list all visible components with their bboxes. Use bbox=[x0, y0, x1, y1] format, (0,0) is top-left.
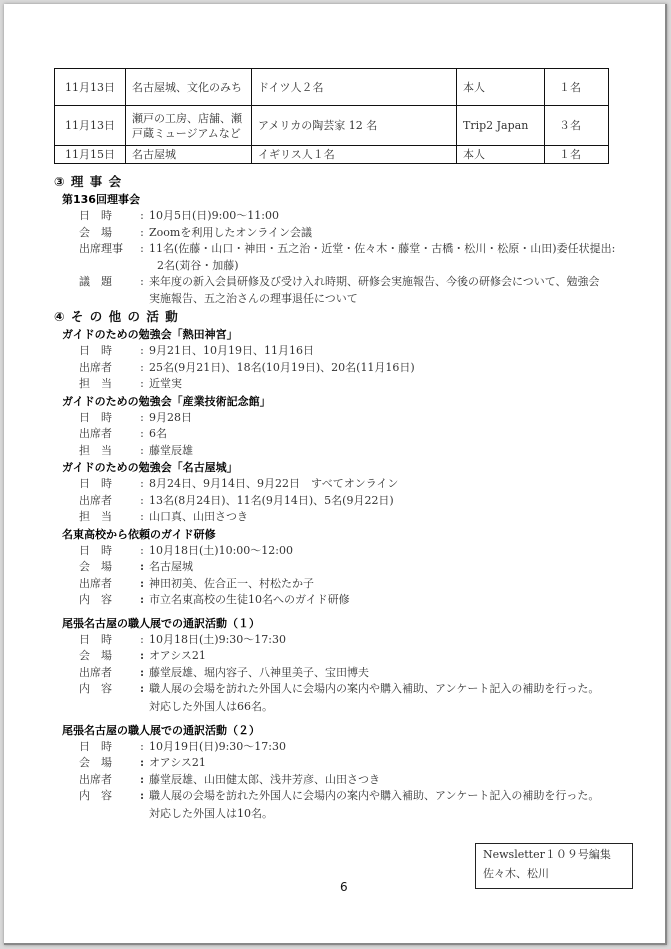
detail-value: 10月18日(土)9:30～17:30 bbox=[149, 632, 634, 649]
detail-label: 出席者 bbox=[79, 426, 135, 443]
detail-label: 日 時 bbox=[79, 543, 135, 560]
cell-date: 11月15日 bbox=[55, 146, 126, 164]
activity-title: 尾張名古屋の職人展での通訳活動（１） bbox=[54, 615, 634, 632]
detail-value: 13名(8月24日)、11名(9月14日)、5名(9月22日) bbox=[149, 493, 634, 510]
detail-value: 市立名東高校の生徒10名へのガイド研修 bbox=[149, 592, 634, 609]
detail-label: 担 当 bbox=[79, 376, 135, 393]
editor-credit-box: Newsletter１０９号編集 佐々木、松川 bbox=[475, 843, 633, 889]
detail-value: オアシス21 bbox=[149, 648, 634, 665]
detail-label: 会 場 bbox=[79, 559, 135, 576]
detail-row: 議 題 : 来年度の新入会員研修及び受け入れ時期、研修会実施報告、今後の研修会に… bbox=[54, 274, 634, 291]
detail-value: 25名(9月21日)、18名(10月19日)、20名(11月16日) bbox=[149, 360, 634, 377]
detail-label: 日 時 bbox=[79, 739, 135, 756]
detail-label: 出席者 bbox=[79, 665, 135, 682]
detail-label: 内 容 bbox=[79, 681, 135, 698]
detail-value: 藤堂辰雄、堀内容子、八神里美子、宝田博夫 bbox=[149, 665, 634, 682]
cell-guests: イギリス人１名 bbox=[252, 146, 457, 164]
detail-row: 出席者:13名(8月24日)、11名(9月14日)、5名(9月22日) bbox=[54, 493, 634, 510]
detail-value: 職人展の会場を訪れた外国人に会場内の案内や購入補助、アンケート記入の補助を行った… bbox=[149, 788, 634, 805]
detail-row: 会 場:オアシス21 bbox=[54, 648, 634, 665]
cell-place: 名古屋城、文化のみち bbox=[126, 69, 252, 106]
table-row: 11月13日 瀬戸の工房、店舗、瀬戸蔵ミュージアムなど アメリカの陶芸家 12 … bbox=[55, 106, 609, 146]
detail-row: 出席者:神田初美、佐合正一、村松たか子 bbox=[54, 576, 634, 593]
detail-row: 日 時:9月21日、10月19日、11月16日 bbox=[54, 343, 634, 360]
detail-row: 日 時:10月18日(土)9:30～17:30 bbox=[54, 632, 634, 649]
detail-row: 日 時:10月18日(土)10:00～12:00 bbox=[54, 543, 634, 560]
detail-value: 来年度の新入会員研修及び受け入れ時期、研修会実施報告、今後の研修会について、勉強… bbox=[149, 274, 634, 291]
detail-label: 内 容 bbox=[79, 788, 135, 805]
detail-label: 担 当 bbox=[79, 443, 135, 460]
detail-value: 山口真、山田さつき bbox=[149, 509, 634, 526]
detail-row: 内 容:市立名東高校の生徒10名へのガイド研修 bbox=[54, 592, 634, 609]
detail-value: 藤堂辰雄、山田健太郎、浅井芳彦、山田さつき bbox=[149, 772, 634, 789]
detail-continuation: 対応した外国人は66名。 bbox=[54, 698, 634, 716]
editor-issue-line: Newsletter１０９号編集 bbox=[483, 845, 632, 864]
detail-label: 日 時 bbox=[79, 410, 135, 427]
detail-value: 10月19日(日)9:30～17:30 bbox=[149, 739, 634, 756]
detail-label: 出席者 bbox=[79, 772, 135, 789]
detail-value: Zoomを利用したオンライン会議 bbox=[149, 225, 634, 242]
detail-continuation: 実施報告、五之治さんの理事退任について bbox=[54, 291, 634, 308]
detail-row: 出席者:藤堂辰雄、山田健太郎、浅井芳彦、山田さつき bbox=[54, 772, 634, 789]
table-row: 11月13日 名古屋城、文化のみち ドイツ人２名 本人 １名 bbox=[55, 69, 609, 106]
guide-activity-table: 11月13日 名古屋城、文化のみち ドイツ人２名 本人 １名 11月13日 瀬戸… bbox=[54, 68, 609, 164]
detail-row: 出席者:25名(9月21日)、18名(10月19日)、20名(11月16日) bbox=[54, 360, 634, 377]
detail-label: 議 題 bbox=[79, 274, 135, 291]
detail-value: 8月24日、9月14日、9月22日 すべてオンライン bbox=[149, 476, 634, 493]
activity-title: ガイドのための勉強会「産業技術記念館」 bbox=[54, 393, 634, 410]
detail-label: 日 時 bbox=[79, 208, 135, 225]
cell-guests: ドイツ人２名 bbox=[252, 69, 457, 106]
cell-guide-count: １名 bbox=[545, 69, 609, 106]
detail-value: 10月5日(日)9:00～11:00 bbox=[149, 208, 634, 225]
detail-label: 日 時 bbox=[79, 476, 135, 493]
detail-value: 近堂実 bbox=[149, 376, 634, 393]
cell-guests: アメリカの陶芸家 12 名 bbox=[252, 106, 457, 146]
detail-row: 会 場:オアシス21 bbox=[54, 755, 634, 772]
detail-row: 日 時 : 10月5日(日)9:00～11:00 bbox=[54, 208, 634, 225]
cell-arranger: 本人 bbox=[457, 69, 545, 106]
detail-label: 会 場 bbox=[79, 648, 135, 665]
detail-row: 内 容:職人展の会場を訪れた外国人に会場内の案内や購入補助、アンケート記入の補助… bbox=[54, 788, 634, 805]
detail-continuation: 2名(苅谷・加藤) bbox=[54, 258, 634, 275]
activity-title: 尾張名古屋の職人展での通訳活動（２） bbox=[54, 722, 634, 739]
meeting-title: 第136回理事会 bbox=[54, 191, 634, 208]
detail-row: 出席者:藤堂辰雄、堀内容子、八神里美子、宝田博夫 bbox=[54, 665, 634, 682]
document-page: 11月13日 名古屋城、文化のみち ドイツ人２名 本人 １名 11月13日 瀬戸… bbox=[4, 4, 667, 945]
activity-title: ガイドのための勉強会「熱田神宮」 bbox=[54, 326, 634, 343]
detail-value: 11名(佐藤・山口・神田・五之治・近堂・佐々木・藤堂・古橋・松川・松原・山田)委… bbox=[149, 241, 634, 258]
detail-value: 神田初美、佐合正一、村松たか子 bbox=[149, 576, 634, 593]
detail-row: 出席者:6名 bbox=[54, 426, 634, 443]
cell-guide-count: １名 bbox=[545, 146, 609, 164]
detail-label: 日 時 bbox=[79, 632, 135, 649]
detail-continuation: 対応した外国人は10名。 bbox=[54, 805, 634, 823]
detail-value: 9月28日 bbox=[149, 410, 634, 427]
section-title-other-activities: ④ そ の 他 の 活 動 bbox=[54, 307, 634, 326]
detail-label: 会 場 bbox=[79, 225, 135, 242]
detail-row: 担 当:近堂実 bbox=[54, 376, 634, 393]
detail-row: 担 当:山口真、山田さつき bbox=[54, 509, 634, 526]
detail-value: 職人展の会場を訪れた外国人に会場内の案内や購入補助、アンケート記入の補助を行った… bbox=[149, 681, 634, 698]
cell-arranger: 本人 bbox=[457, 146, 545, 164]
detail-row: 内 容:職人展の会場を訪れた外国人に会場内の案内や購入補助、アンケート記入の補助… bbox=[54, 681, 634, 698]
detail-value: 名古屋城 bbox=[149, 559, 634, 576]
detail-row: 担 当:藤堂辰雄 bbox=[54, 443, 634, 460]
detail-row: 日 時:8月24日、9月14日、9月22日 すべてオンライン bbox=[54, 476, 634, 493]
detail-row: 会 場:名古屋城 bbox=[54, 559, 634, 576]
detail-row: 出席理事 : 11名(佐藤・山口・神田・五之治・近堂・佐々木・藤堂・古橋・松川・… bbox=[54, 241, 634, 258]
detail-label: 会 場 bbox=[79, 755, 135, 772]
detail-row: 日 時:9月28日 bbox=[54, 410, 634, 427]
detail-label: 日 時 bbox=[79, 343, 135, 360]
detail-value: 6名 bbox=[149, 426, 634, 443]
cell-place: 瀬戸の工房、店舗、瀬戸蔵ミュージアムなど bbox=[126, 106, 252, 146]
detail-row: 会 場 : Zoomを利用したオンライン会議 bbox=[54, 225, 634, 242]
detail-value: 9月21日、10月19日、11月16日 bbox=[149, 343, 634, 360]
activity-title: ガイドのための勉強会「名古屋城」 bbox=[54, 459, 634, 476]
activity-title: 名東高校から依頼のガイド研修 bbox=[54, 526, 634, 543]
editor-names-line: 佐々木、松川 bbox=[483, 864, 632, 883]
cell-place: 名古屋城 bbox=[126, 146, 252, 164]
cell-arranger: Trip2 Japan bbox=[457, 106, 545, 146]
detail-value: 10月18日(土)10:00～12:00 bbox=[149, 543, 634, 560]
detail-label: 出席者 bbox=[79, 360, 135, 377]
section-title-board-meeting: ③ 理 事 会 bbox=[54, 172, 634, 191]
detail-value: オアシス21 bbox=[149, 755, 634, 772]
detail-label: 出席理事 bbox=[79, 241, 135, 258]
report-content: ③ 理 事 会 第136回理事会 日 時 : 10月5日(日)9:00～11:0… bbox=[54, 172, 634, 823]
cell-guide-count: ３名 bbox=[545, 106, 609, 146]
page-number: 6 bbox=[340, 880, 348, 894]
detail-row: 日 時:10月19日(日)9:30～17:30 bbox=[54, 739, 634, 756]
detail-label: 内 容 bbox=[79, 592, 135, 609]
detail-value: 藤堂辰雄 bbox=[149, 443, 634, 460]
table-row: 11月15日 名古屋城 イギリス人１名 本人 １名 bbox=[55, 146, 609, 164]
detail-label: 出席者 bbox=[79, 576, 135, 593]
detail-label: 担 当 bbox=[79, 509, 135, 526]
detail-label: 出席者 bbox=[79, 493, 135, 510]
cell-date: 11月13日 bbox=[55, 69, 126, 106]
cell-date: 11月13日 bbox=[55, 106, 126, 146]
